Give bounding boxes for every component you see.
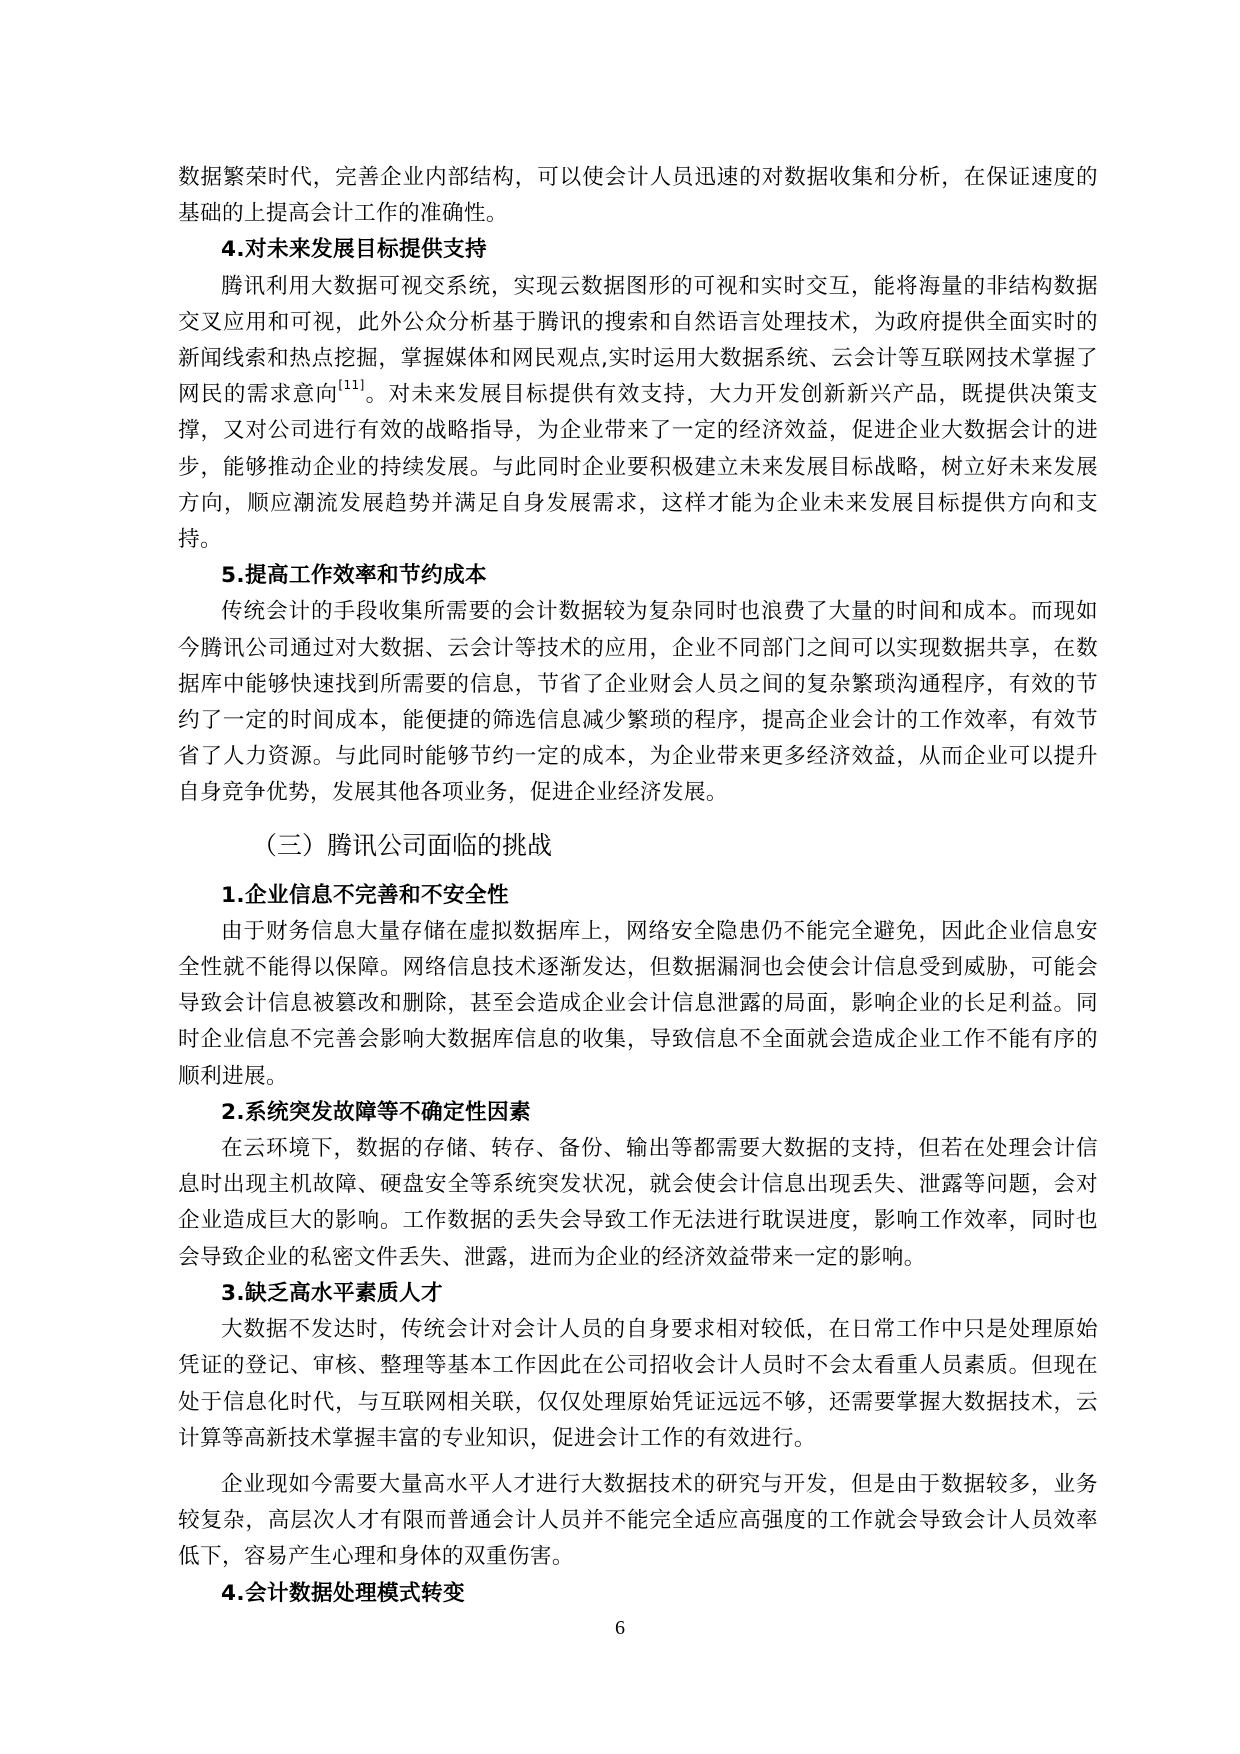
paragraph-system-failure: 在云环境下，数据的存储、转存、备份、输出等都需要大数据的支持，但若在处理会计信息…	[178, 1131, 1098, 1276]
subheading-1-info-security: 1.企业信息不完善和不安全性	[178, 878, 1098, 914]
paragraph-gap	[178, 1457, 1098, 1467]
page-number: 6	[0, 1617, 1240, 1640]
paragraph-future-goals: 腾讯利用大数据可视交系统，实现云数据图形的可视和实时交互，能将海量的非结构数据交…	[178, 269, 1098, 559]
subheading-3-talent-shortage: 3.缺乏高水平素质人才	[178, 1276, 1098, 1312]
document-page: 数据繁荣时代，完善企业内部结构，可以使会计人员迅速的对数据收集和分析，在保证速度…	[178, 160, 1098, 1612]
paragraph-talent-shortage-2: 企业现如今需要大量高水平人才进行大数据技术的研究与开发，但是由于数据较多，业务较…	[178, 1467, 1098, 1576]
subheading-2-system-failure: 2.系统突发故障等不确定性因素	[178, 1095, 1098, 1131]
subheading-5-efficiency-cost: 5.提高工作效率和节约成本	[178, 558, 1098, 594]
paragraph-efficiency-cost: 传统会计的手段收集所需要的会计数据较为复杂同时也浪费了大量的时间和成本。而现如今…	[178, 594, 1098, 811]
paragraph-talent-shortage-1: 大数据不发达时，传统会计对会计人员的自身要求相对较低，在日常工作中只是处理原始凭…	[178, 1312, 1098, 1457]
paragraph-info-security: 由于财务信息大量存储在虚拟数据库上，网络安全隐患仍不能完全避免，因此企业信息安全…	[178, 914, 1098, 1095]
paragraph-text: 。对未来发展目标提供有效支持，大力开发创新新兴产品，既提供决策支撑，又对公司进行…	[178, 382, 1098, 552]
subheading-4-future-goals: 4.对未来发展目标提供支持	[178, 232, 1098, 268]
subheading-4-processing-mode: 4.会计数据处理模式转变	[178, 1576, 1098, 1612]
section-heading-challenges: （三）腾讯公司面临的挑战	[178, 828, 1098, 864]
paragraph-intro: 数据繁荣时代，完善企业内部结构，可以使会计人员迅速的对数据收集和分析，在保证速度…	[178, 160, 1098, 232]
citation-ref: [11]	[338, 378, 364, 392]
